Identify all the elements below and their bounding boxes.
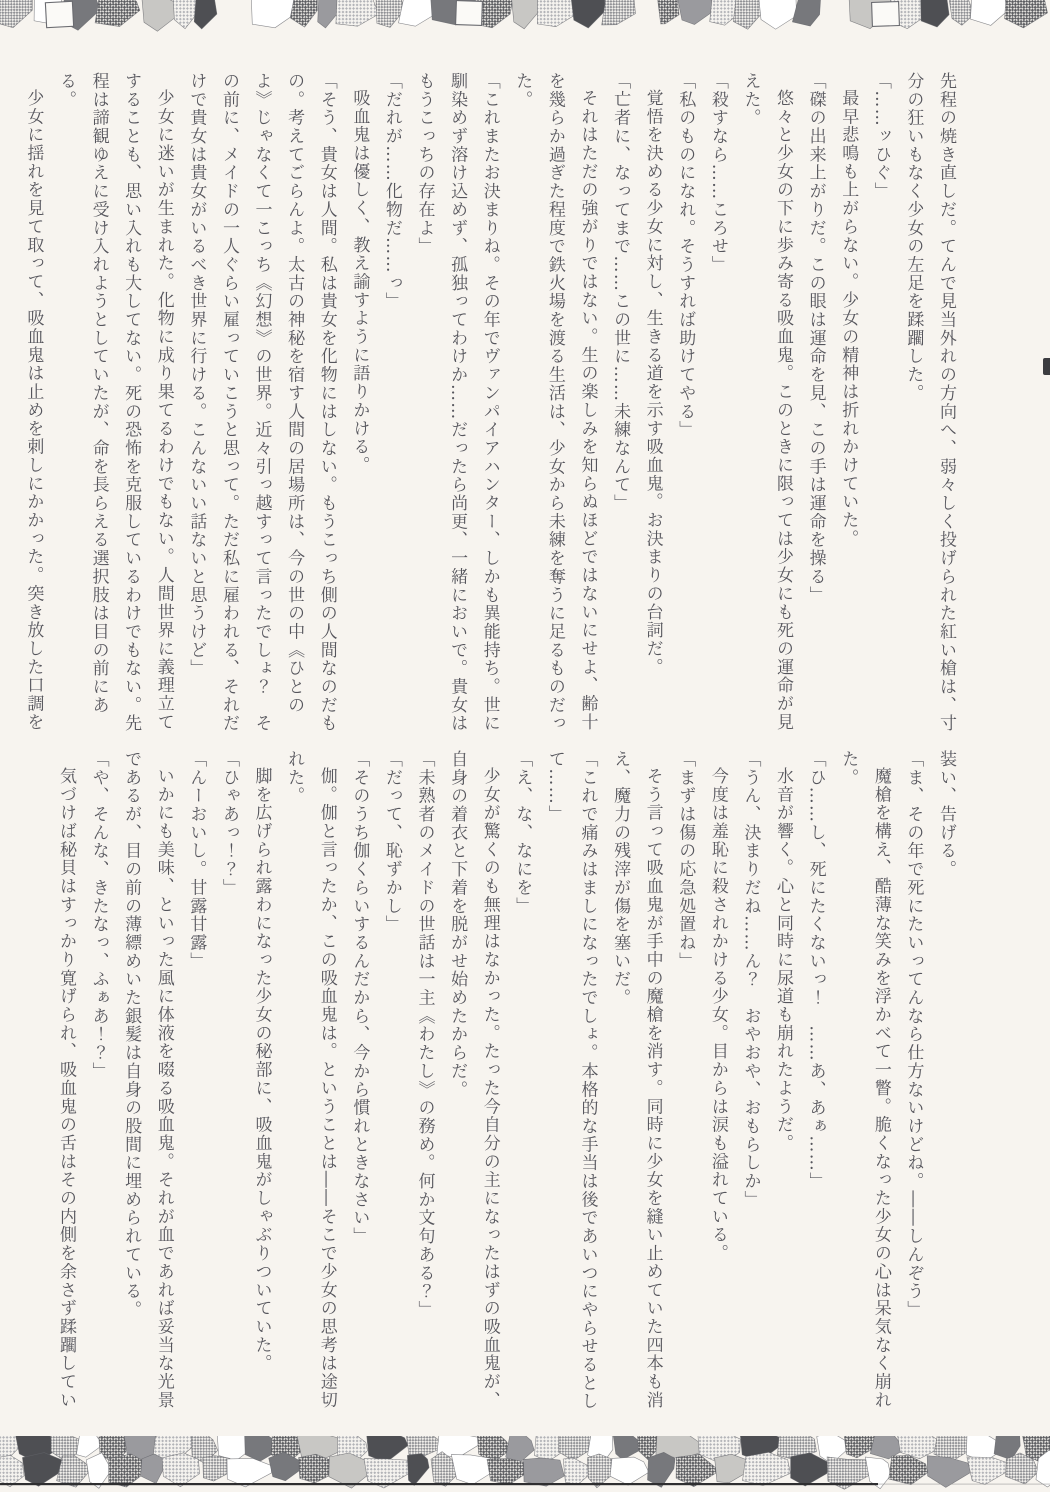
paragraph-line: 「そのうち伽くらいするんだから、今から慣れときなさい」 <box>343 750 376 1414</box>
paragraph-line: 装い、告げる。 <box>929 750 962 1414</box>
paragraph-line: 先程の焼き直しだ。てんで見当外れの方向へ、弱々しく投げられた紅い槍は、寸分の狂い… <box>897 72 962 736</box>
paragraph-line: 最早悲鳴も上がらない。少女の精神は折れかけていた。 <box>832 72 865 736</box>
paragraph-line: 「まずは傷の応急処置ね」 <box>669 750 702 1414</box>
paragraph-line: 「や、そんな、きたなっ、ふぁあ！？」 <box>82 750 115 1414</box>
border-square-tile <box>45 1 73 27</box>
border-square-tile <box>456 1 483 26</box>
paragraph-line: 魔槍を構え、酷薄な笑みを浮かべて一瞥。脆くなった少女の心は呆気なく崩れた。 <box>832 750 897 1414</box>
paragraph-line: 吸血鬼は優しく、教え諭すように語りかける。 <box>343 72 376 736</box>
upper-text-block: 先程の焼き直しだ。てんで見当外れの方向へ、弱々しく投げられた紅い槍は、寸分の狂い… <box>17 72 962 736</box>
paragraph-line: 少女に迷いが生まれた。化物に成り果てるわけでもない。人間世界に義理立てすることも… <box>49 72 179 736</box>
paragraph-line: それはただの強がりではない。生の楽しみを知らぬほどではないにせよ、齢十を幾らか過… <box>506 72 604 736</box>
scanned-novel-page: 先程の焼き直しだ。てんで見当外れの方向へ、弱々しく投げられた紅い槍は、寸分の狂い… <box>0 0 1050 1492</box>
paragraph-line: 覚悟を決める少女に対し、生きる道を示す吸血鬼。お決まりの台詞だ。 <box>636 72 669 736</box>
border-underline <box>0 1483 878 1485</box>
paragraph-line: 「そう、貴女は人間。私は貴女を化物にはしない。もうこっち側の人間なのだもの。考え… <box>180 72 343 736</box>
paragraph-line: 水音が響く。心と同時に尿道も崩れたようだ。 <box>766 750 799 1414</box>
paragraph-line: 「これまたお決まりね。その年でヴァンパイアハンター、しかも異能持ち。世に馴染めず… <box>408 72 506 736</box>
paragraph-line: 今度は羞恥に殺されかける少女。目からは涙も溢れている。 <box>701 750 734 1414</box>
paragraph-line: いかにも美味、といった風に体液を啜る吸血鬼。それが血であれば妥当な光景であるが、… <box>115 750 180 1414</box>
border-square-tile <box>872 2 900 27</box>
paragraph-line: 伽。伽と言ったか、この吸血鬼は。ということは――そこで少女の思考は途切れた。 <box>278 750 343 1414</box>
paragraph-line: そう言って吸血鬼が手中の魔槍を消す。同時に少女を縫い止めていた四本も消え、魔力の… <box>603 750 668 1414</box>
paragraph-line: 「磔の出来上がりだ。この眼は運命を見、この手は運命を操る」 <box>799 72 832 736</box>
top-mosaic-border <box>0 0 1050 44</box>
paragraph-line: 「ま、その年で死にたいってんなら仕方ないけどね。――しんぞう」 <box>897 750 930 1414</box>
paragraph-line: 「未熟者のメイドの世話は一主《わたし》の務め。何か文句ある？」 <box>408 750 441 1414</box>
paragraph-line: 「んーおいし。甘露甘露」 <box>180 750 213 1414</box>
paragraph-line: 「うん、決まりだね……ん？ おやおや、おもらしか」 <box>734 750 767 1414</box>
paragraph-line: 「亡者に、なってまで……この世に……未練なんて」 <box>603 72 636 736</box>
paragraph-line: 気づけば秘貝はすっかり寛げられ、吸血鬼の舌はその内側を余さず蹂躙してい <box>49 750 82 1414</box>
paragraph-line: 「……ッひぐ」 <box>864 72 897 736</box>
paragraph-line: 「ひゃあっ！？」 <box>212 750 245 1414</box>
paragraph-line: 少女に揺れを見て取って、吸血鬼は止めを刺しにかかった。突き放した口調を <box>17 72 50 736</box>
paragraph-line: 悠々と少女の下に歩み寄る吸血鬼。このときに限っては少女にも死の運命が見えた。 <box>734 72 799 736</box>
paragraph-line: 「え、な、なにを」 <box>506 750 539 1414</box>
paragraph-line: 「これで痛みはましになったでしょ。本格的な手当は後であいつにやらせるとして……」 <box>538 750 603 1414</box>
lower-text-block: 装い、告げる。「ま、その年で死にたいってんなら仕方ないけどね。――しんぞう」魔槍… <box>49 750 962 1414</box>
paragraph-line: 「だれが……化物だ……っ」 <box>375 72 408 736</box>
paragraph-line: 少女が驚くのも無理はなかった。たった今自分の主になったはずの吸血鬼が、自身の着衣… <box>441 750 506 1414</box>
paragraph-line: 「ひ……し、死にたくないっ！ ……あ、あぁ……」 <box>799 750 832 1414</box>
paragraph-line: 「私のものになれ。そうすれば助けてやる」 <box>669 72 702 736</box>
paragraph-line: 脚を広げられ露わになった少女の秘部に、吸血鬼がしゃぶりついていた。 <box>245 750 278 1414</box>
bottom-mosaic-border <box>0 1436 1050 1490</box>
scan-artifact-speck <box>1043 358 1050 375</box>
paragraph-line: 「だって、恥ずかし」 <box>375 750 408 1414</box>
paragraph-line: 「殺すなら……ころせ」 <box>701 72 734 736</box>
